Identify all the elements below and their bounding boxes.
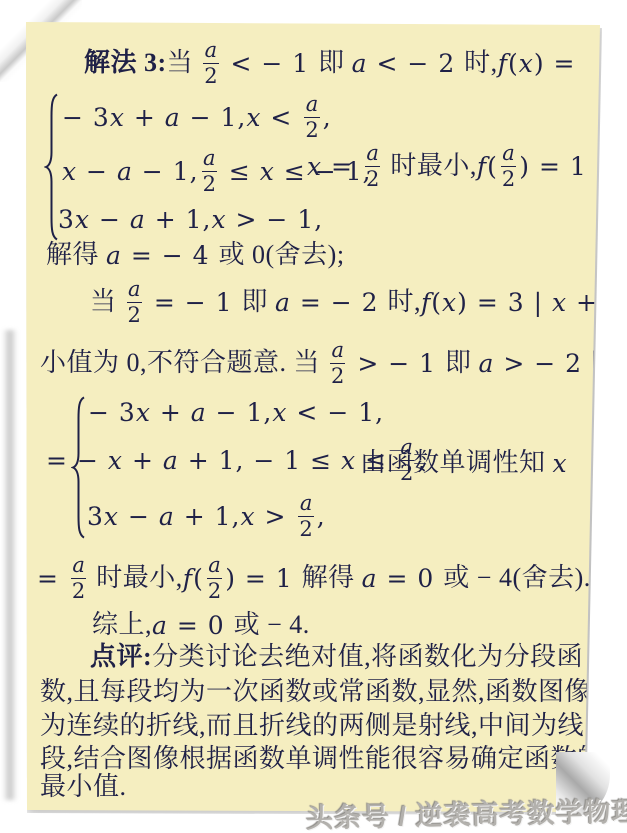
comment-line-2: 数,且每段均为一次函数或常函数,显然,函数图像: [40, 677, 591, 707]
watermark: 头条号 / 逆袭高考数学物理: [306, 790, 627, 833]
comment-line-5: 最小值.: [40, 772, 127, 802]
photo-background: 解法 3:当 a2 < − 1 即 a < − 2 时,f(x) = − 3x …: [0, 0, 627, 833]
comment-line-3: 为连续的折线,而且折线的两侧是射线,中间为线: [40, 711, 584, 741]
piecewise2-row1: − 3x + a − 1,x < − 1,: [88, 396, 384, 428]
case-equal-line: 当 a2 = − 1 即 a = − 2 时,f(x) = 3 | x + 1 …: [90, 278, 627, 326]
piecewise1-minimum-note: x = a2 时最小,f(a2) = 1: [307, 142, 587, 190]
comment-line-4: 段,结合图像根据函数单调性能很容易确定函数的: [40, 744, 604, 774]
piecewise2-monotonic-note: 由函数单调性知 x: [360, 448, 568, 478]
solve-result-line: 解得 a = − 4 或 0(舍去);: [46, 239, 345, 271]
minimum-solve-line: = a2 时最小,f(a2) = 1 解得 a = 0 或 − 4(舍去).: [37, 554, 591, 602]
case-greater-line: 小值为 0,不符合题意. 当 a2 > − 1 即 a > − 2 时,f(x): [40, 339, 627, 387]
solution-title-line: 解法 3:当 a2 < − 1 即 a < − 2 时,f(x) =: [84, 39, 575, 87]
comment-line-1: 点评:分类讨论去绝对值,将函数化为分段函: [90, 642, 583, 672]
page-edge-shadow: [2, 330, 17, 800]
conclusion-line: 综上,a = 0 或 − 4.: [92, 610, 310, 640]
piecewise1-row3: 3x − a + 1,x > − 1,: [58, 202, 323, 236]
paper: 解法 3:当 a2 < − 1 即 a < − 2 时,f(x) = − 3x …: [26, 21, 604, 812]
piecewise2-row3: 3x − a + 1,x > a2,: [87, 492, 326, 540]
piecewise1-row1: − 3x + a − 1,x < a2,: [62, 93, 332, 141]
piecewise2-equals: =: [46, 447, 68, 473]
